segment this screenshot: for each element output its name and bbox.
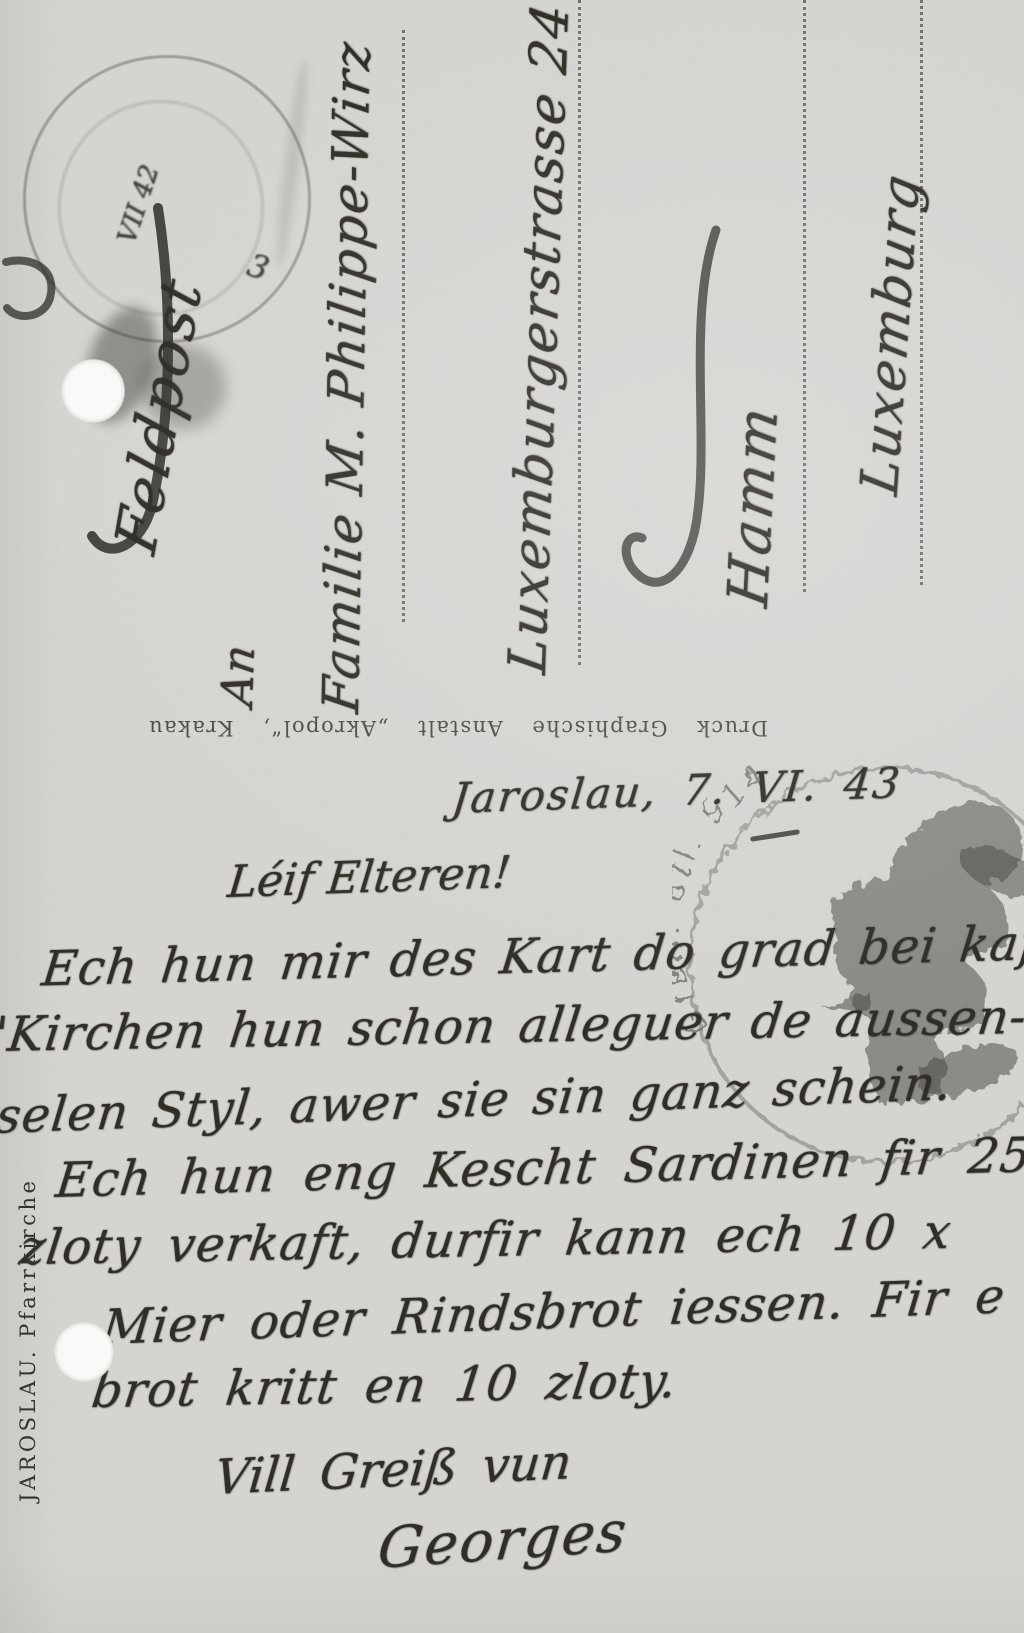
message-line: Ech hun eng Kescht Sardinen fir 25 [53,1127,1024,1209]
address-line-street: Luxemburgerstrasse 24 [498,0,581,677]
feldpost-flourish-stroke [0,190,360,610]
punch-hole-top [61,359,125,423]
address-rule-2 [578,0,581,665]
address-intro: An [212,642,265,709]
message-salutation: Léif Elteren! [225,847,513,908]
address-rule-1 [402,30,405,622]
photo-caption: JAROSLAU. Pfarrkirche [16,1178,40,1502]
address-line-family: Familie M. Philippe-Wirz [312,37,382,716]
message-line: brot kritt en 10 zloty. [89,1353,681,1419]
address-rule-3 [803,0,806,592]
message-line: zloty verkaft, durfir kann ech 10 x [17,1204,955,1276]
message-line: Mier oder Rindsbrot iessen. Fir e [99,1268,1008,1356]
address-flourish-stroke [600,200,780,620]
postcard-scan: { "document": { "title": "Feldpost Postc… [0,0,1024,1633]
message-signature: Georges [375,1499,631,1582]
message-closing: Vill Greiß vun [212,1434,574,1506]
punch-hole-bottom [54,1322,114,1382]
printer-imprint: Druck Graphische Anstalt „Akropol“, Krak… [196,716,768,740]
